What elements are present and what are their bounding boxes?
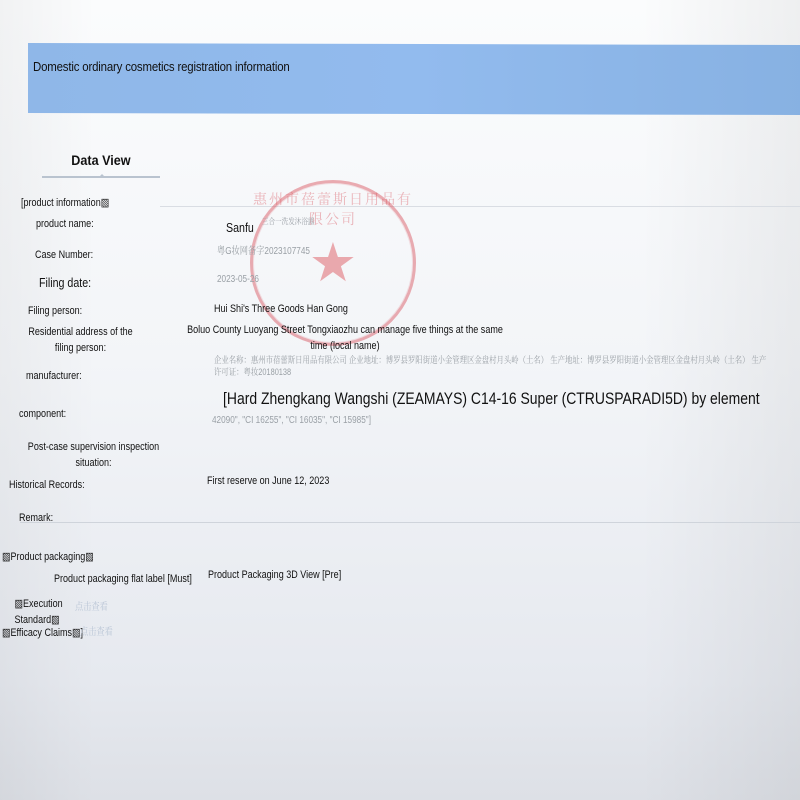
- value-product-name-sub: 三合一洗发沐浴露: [262, 214, 314, 230]
- label-execution-standard: ▨Execution Standard▨: [15, 596, 56, 628]
- value-manufacturer: 企业名称：惠州市蓓蕾斯日用品有限公司 企业地址：博罗县罗阳街道小金管理区金盘村月…: [214, 354, 772, 378]
- value-case-number: 粤G妆网备字2023107745: [217, 244, 310, 260]
- label-filing-date: Filing date:: [39, 275, 91, 291]
- label-packaging-flat-label: Product packaging flat label [Must]: [54, 571, 192, 587]
- tab-indicator: [98, 174, 106, 178]
- label-product-name: product name:: [36, 216, 94, 232]
- link-efficacy-claims[interactable]: 点击查看: [80, 625, 113, 641]
- label-remark: Remark:: [19, 510, 53, 526]
- value-component: [Hard Zhengkang Wangshi (ZEAMAYS) C14-16…: [223, 389, 760, 409]
- value-historical-records: First reserve on June 12, 2023: [207, 473, 329, 489]
- label-historical-records: Historical Records:: [9, 477, 85, 493]
- page-title: Domestic ordinary cosmetics registration…: [33, 59, 290, 74]
- label-manufacturer: manufacturer:: [26, 368, 82, 384]
- tab-data-view[interactable]: Data View: [42, 152, 160, 178]
- header-band: [28, 43, 800, 115]
- label-efficacy-claims: ▨Efficacy Claims▨]: [2, 625, 83, 641]
- tab-label: Data View: [71, 152, 130, 168]
- label-case-number: Case Number:: [35, 247, 93, 263]
- section-product-information: [product information▨: [21, 195, 109, 211]
- red-star-icon: ★: [309, 236, 357, 290]
- label-residential-address: Residential address of the filing person…: [21, 324, 140, 356]
- link-execution-standard[interactable]: 点击查看: [75, 600, 108, 616]
- value-product-name: Sanfu: [226, 220, 254, 236]
- label-filing-person: Filing person:: [28, 303, 82, 319]
- value-component-sub: 42090", "CI 16255", "CI 16035", "CI 1598…: [212, 413, 371, 429]
- value-filing-person: Hui Shi's Three Goods Han Gong: [214, 301, 348, 317]
- section-product-packaging: ▨Product packaging▨: [2, 549, 94, 565]
- label-component: component:: [19, 406, 66, 422]
- value-filing-date: 2023-05-26: [217, 272, 259, 288]
- value-residential-address: Boluo County Luoyang Street Tongxiaozhu …: [185, 322, 505, 354]
- label-packaging-3d-view: Product Packaging 3D View [Pre]: [208, 567, 341, 583]
- label-post-case-supervision: Post-case supervision inspection situati…: [22, 439, 166, 471]
- divider: [20, 522, 800, 523]
